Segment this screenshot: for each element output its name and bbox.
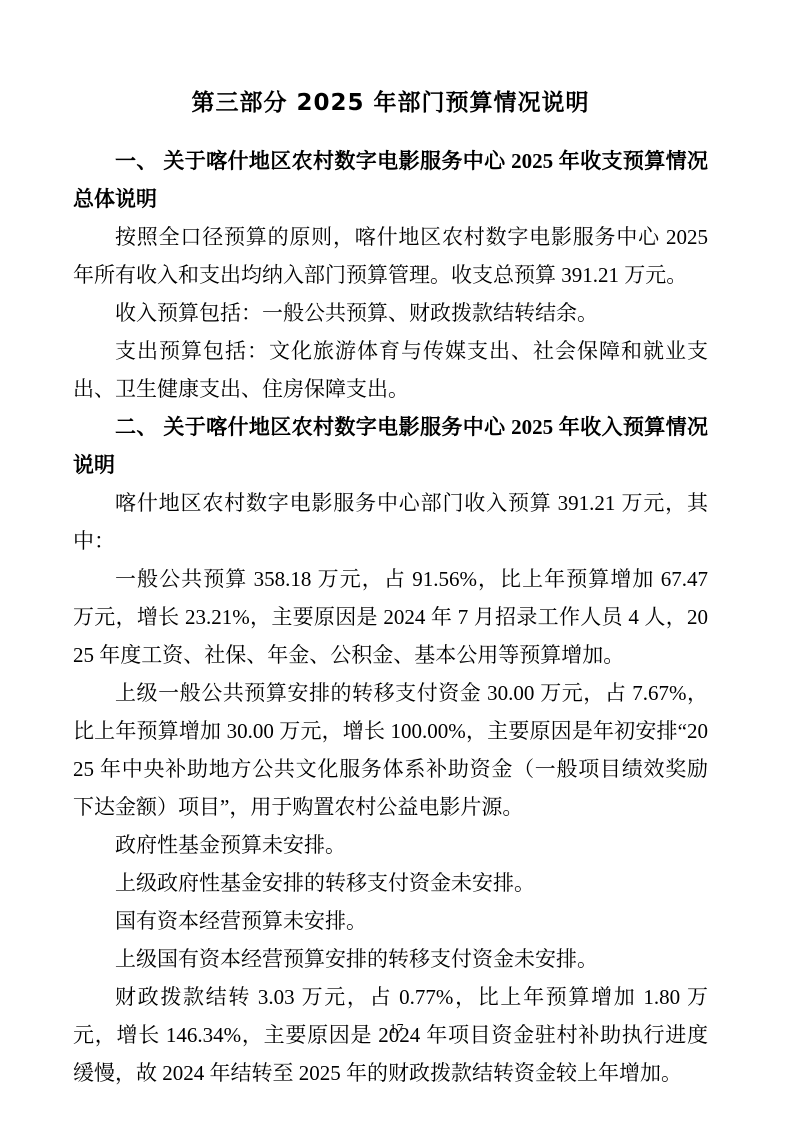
document-title: 第三部分 2025 年部门预算情况说明 bbox=[73, 84, 708, 122]
paragraph-state-capital-transfer: 上级国有资本经营预算安排的转移支付资金未安排。 bbox=[73, 940, 708, 978]
paragraph-expenditure-includes: 支出预算包括：文化旅游体育与传媒支出、社会保障和就业支出、卫生健康支出、住房保障… bbox=[73, 332, 708, 408]
paragraph-transfer-payment: 上级一般公共预算安排的转移支付资金 30.00 万元，占 7.67%，比上年预算… bbox=[73, 674, 708, 826]
section-heading-2: 二、 关于喀什地区农村数字电影服务中心 2025 年收入预算情况说明 bbox=[73, 408, 708, 484]
paragraph-revenue-total: 喀什地区农村数字电影服务中心部门收入预算 391.21 万元，其中： bbox=[73, 484, 708, 560]
section-heading-1: 一、 关于喀什地区农村数字电影服务中心 2025 年收支预算情况总体说明 bbox=[73, 142, 708, 218]
paragraph-state-capital-budget: 国有资本经营预算未安排。 bbox=[73, 902, 708, 940]
paragraph-general-public-budget: 一般公共预算 358.18 万元，占 91.56%，比上年预算增加 67.47 … bbox=[73, 560, 708, 674]
paragraph-govt-fund-transfer: 上级政府性基金安排的转移支付资金未安排。 bbox=[73, 864, 708, 902]
page-number: 17 bbox=[0, 1022, 793, 1038]
paragraph-govt-fund-budget: 政府性基金预算未安排。 bbox=[73, 826, 708, 864]
document-page: 第三部分 2025 年部门预算情况说明 一、 关于喀什地区农村数字电影服务中心 … bbox=[0, 0, 793, 1122]
paragraph-revenue-includes: 收入预算包括：一般公共预算、财政拨款结转结余。 bbox=[73, 294, 708, 332]
paragraph-budget-overview: 按照全口径预算的原则，喀什地区农村数字电影服务中心 2025 年所有收入和支出均… bbox=[73, 218, 708, 294]
